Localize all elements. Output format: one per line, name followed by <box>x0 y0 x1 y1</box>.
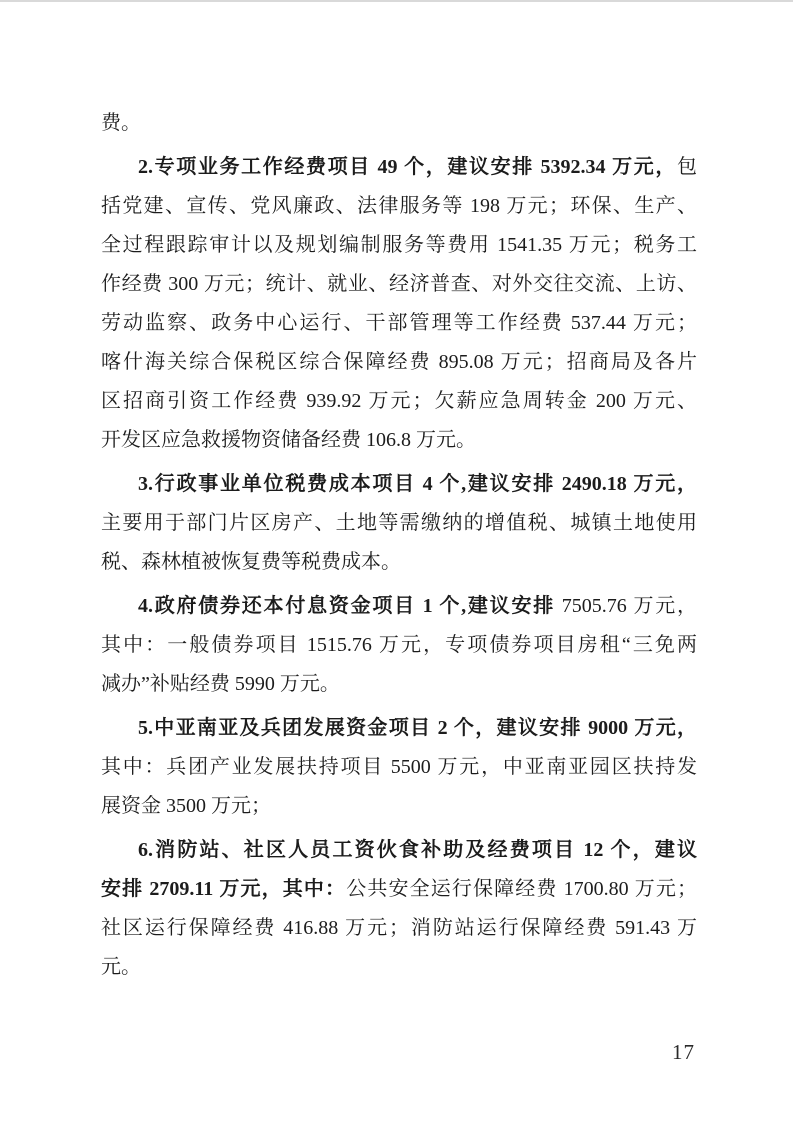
text-line: 括党建、宣传、党风廉政、法律服务等 198 万元；环保、生产、 <box>101 187 697 226</box>
bold-text: 2.专项业务工作经费项目 49 个，建议安排 5392.34 万元， <box>138 156 677 178</box>
page-number: 17 <box>672 1040 695 1065</box>
body-text: 社区运行保障经费 416.88 万元；消防站运行保障经费 591.43 万 <box>101 917 697 939</box>
body-text: 其中：一般债券项目 1515.76 万元，专项债券项目房租“三免两 <box>101 634 697 656</box>
bold-text: 3.行政事业单位税费成本项目 4 个,建议安排 2490.18 万元， <box>138 473 697 495</box>
text-line: 喀什海关综合保税区综合保障经费 895.08 万元；招商局及各片 <box>101 343 697 382</box>
text-line: 元。 <box>101 948 697 987</box>
document-body: 费。 2.专项业务工作经费项目 49 个，建议安排 5392.34 万元，包 括… <box>101 104 697 987</box>
bold-text: 6.消防站、社区人员工资伙食补助及经费项目 12 个，建议 <box>138 839 697 861</box>
body-text: 公共安全运行保障经费 1700.80 万元； <box>346 878 697 900</box>
text-line-item4-heading: 4.政府债券还本付息资金项目 1 个,建议安排 7505.76 万元， <box>101 587 697 626</box>
text-line-item5-heading: 5.中亚南亚及兵团发展资金项目 2 个，建议安排 9000 万元， <box>101 709 697 748</box>
bold-text: 5.中亚南亚及兵团发展资金项目 2 个，建议安排 9000 万元， <box>138 717 697 739</box>
body-text: 开发区应急救援物资储备经费 106.8 万元。 <box>101 429 476 451</box>
body-text: 喀什海关综合保税区综合保障经费 895.08 万元；招商局及各片 <box>101 351 697 373</box>
text-line-item6-heading: 6.消防站、社区人员工资伙食补助及经费项目 12 个，建议 <box>101 831 697 870</box>
text-line: 其中：一般债券项目 1515.76 万元，专项债券项目房租“三免两 <box>101 626 697 665</box>
text-line: 展资金 3500 万元； <box>101 787 697 826</box>
body-text: 主要用于部门片区房产、土地等需缴纳的增值税、城镇土地使用 <box>101 512 697 534</box>
bold-text: 4.政府债券还本付息资金项目 1 个,建议安排 <box>138 595 562 617</box>
text-line-item3-heading: 3.行政事业单位税费成本项目 4 个,建议安排 2490.18 万元， <box>101 465 697 504</box>
body-text: 包 <box>677 156 697 178</box>
body-text: 7505.76 万元， <box>562 595 697 617</box>
body-text: 区招商引资工作经费 939.92 万元；欠薪应急周转金 200 万元、 <box>101 390 697 412</box>
text-line: 作经费 300 万元；统计、就业、经济普查、对外交往交流、上访、 <box>101 265 697 304</box>
text-line: 区招商引资工作经费 939.92 万元；欠薪应急周转金 200 万元、 <box>101 382 697 421</box>
text-line: 主要用于部门片区房产、土地等需缴纳的增值税、城镇土地使用 <box>101 504 697 543</box>
page-top-edge <box>0 0 793 2</box>
text-line: 劳动监察、政务中心运行、干部管理等工作经费 537.44 万元； <box>101 304 697 343</box>
text-line: 减办”补贴经费 5990 万元。 <box>101 665 697 704</box>
body-text: 减办”补贴经费 5990 万元。 <box>101 673 340 695</box>
bold-text: 安排 2709.11 万元，其中： <box>101 878 346 900</box>
body-text: 其中：兵团产业发展扶持项目 5500 万元，中亚南亚园区扶持发 <box>101 756 697 778</box>
body-text: 费。 <box>101 112 141 134</box>
text-line: 开发区应急救援物资储备经费 106.8 万元。 <box>101 421 697 460</box>
text-line-item2-heading: 2.专项业务工作经费项目 49 个，建议安排 5392.34 万元，包 <box>101 148 697 187</box>
text-line: 其中：兵团产业发展扶持项目 5500 万元，中亚南亚园区扶持发 <box>101 748 697 787</box>
body-text: 展资金 3500 万元； <box>101 795 271 817</box>
body-text: 元。 <box>101 956 141 978</box>
text-line: 全过程跟踪审计以及规划编制服务等费用 1541.35 万元；税务工 <box>101 226 697 265</box>
body-text: 作经费 300 万元；统计、就业、经济普查、对外交往交流、上访、 <box>101 273 697 295</box>
body-text: 劳动监察、政务中心运行、干部管理等工作经费 537.44 万元； <box>101 312 697 334</box>
text-line: 税、森林植被恢复费等税费成本。 <box>101 543 697 582</box>
body-text: 括党建、宣传、党风廉政、法律服务等 198 万元；环保、生产、 <box>101 195 697 217</box>
text-line: 社区运行保障经费 416.88 万元；消防站运行保障经费 591.43 万 <box>101 909 697 948</box>
body-text: 全过程跟踪审计以及规划编制服务等费用 1541.35 万元；税务工 <box>101 234 697 256</box>
text-line: 安排 2709.11 万元，其中：公共安全运行保障经费 1700.80 万元； <box>101 870 697 909</box>
text-line: 费。 <box>101 104 697 143</box>
body-text: 税、森林植被恢复费等税费成本。 <box>101 551 401 573</box>
